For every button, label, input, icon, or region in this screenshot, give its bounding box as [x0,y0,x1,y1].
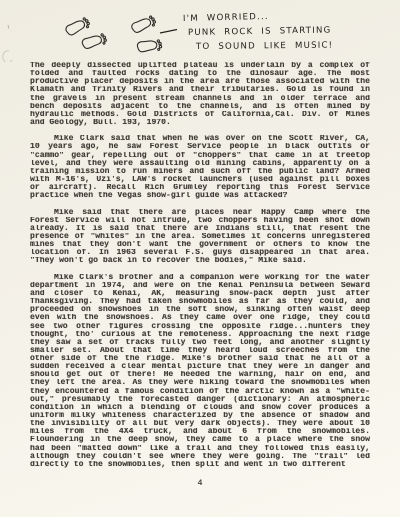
text-line: mines that they don't want the governmen… [30,241,370,249]
stray-mark [8,25,9,29]
text-line: uniform milky whiteness characterized by… [30,412,370,420]
stray-mark [3,51,12,62]
note-line: TO SOUND LIKE MUSIC! [196,41,333,52]
citation-pre: and Geology, Bull. [30,119,122,127]
text-line: location of. In 1963 several F.S. guys d… [30,249,370,257]
text-line: had been "matted down" like a trail and … [30,445,370,453]
citation-post: Cal. Div. of Mines [275,111,370,119]
citation-underline: 193, 1970 [122,119,166,127]
text-line: Mike said that there are places near Hap… [30,209,370,217]
paragraph-gold-deposits: The deeply dissected uplifted plateau is… [30,62,370,127]
text-line: thought, tho' curious at the remoteness.… [30,331,370,339]
text-line: or aircraft). Recall Rich Grumley report… [30,184,370,192]
text-line: miles from the 4X4 truck, and about 6 fr… [30,428,370,436]
text-line: "They won't go back in to recover the bo… [30,257,370,265]
text-line: with M-16's, Uzi's, LAW's rocket launche… [30,176,370,184]
paragraph-kenai-encounter: Mike Clark's brother and a companion wer… [30,274,370,469]
citation-underline: Gold Districts of California, [127,111,275,119]
text-line: see two other figures crossing the oppos… [30,323,370,331]
document-body: The deeply dissected uplifted plateau is… [30,62,370,477]
text-line: should get out of there! He heeded the w… [30,371,370,379]
paragraph-scott-river: Mike Clark said that when he was over on… [30,135,370,200]
text-line: other side of the the ridge. Mike's brot… [30,355,370,363]
text-line: 10 years ago, he saw Forest Service peop… [30,143,370,151]
text-line: although they couldn't see where they we… [30,453,370,461]
note-line: I'M WORRIED... [183,12,269,24]
text-line: presence of "whites" in the area. Someti… [30,233,370,241]
text-line: and closer to Kenai, AK, measuring snow-… [30,290,370,298]
text-line: Klamath and Trinity Rivers and their tri… [30,86,370,94]
page-number: 4 [0,479,400,488]
text-line: department in 1974, and were on the Kena… [30,282,370,290]
scanned-page: I'M WORRIED... PUNK ROCK IS STARTING TO … [0,0,400,517]
text-line: even with the snowshoes. As they came ov… [30,314,370,322]
text-line: bench deposits adjacent to the channels,… [30,103,370,111]
text-line: "cammo" gear, repelling out of "choppers… [30,152,370,160]
text-line: and Geology, Bull. 193, 1970. [30,119,370,127]
text-line: proceeded on snowshoes in the soft snow,… [30,306,370,314]
text-line: they saw a set of tracks fully two feet … [30,339,370,347]
text-line: practice when the Vegas show-girl guide … [30,192,370,200]
text-line: the invisibility of all but very dark ob… [30,420,370,428]
text-line: they left the area. As they were hiking … [30,379,370,387]
text-line: Floundering in the deep snow, they came … [30,436,370,444]
text-line: directly to the snowmobiles, then split … [30,461,370,469]
text-line: condition in which a blending of clouds … [30,404,370,412]
text-line: productive placer deposits in the area a… [30,78,370,86]
footprint-icon [130,15,156,34]
text-line: folded and faulted rocks dating to the d… [30,70,370,78]
text-line: level, and they were assaulting old mini… [30,160,370,168]
text-line: Thanksgiving. They had taken snowmobiles… [30,298,370,306]
citation-pre: hydraulic methods. [30,111,127,119]
text-line: already. It is said that there are India… [30,225,370,233]
text-line: they encountered a famous condition of t… [30,388,370,396]
text-line: Forest Service will not intrude, two cho… [30,217,370,225]
text-line: smaller set. About that time they heard … [30,347,370,355]
footprint-icon [81,33,107,49]
text-line: the gravels in present stream channels a… [30,95,370,103]
text-line: Mike Clark said that when he was over on… [30,135,370,143]
text-line: Mike Clark's brother and a companion wer… [30,274,370,282]
footprint-icon [137,40,162,52]
paragraph-happy-camp: Mike said that there are places near Hap… [30,209,370,266]
text-line: training mission to run miners and such … [30,168,370,176]
text-line: The deeply dissected uplifted plateau is… [30,62,370,70]
footprint-icon [64,17,90,37]
text-line: hydraulic methods. Gold Districts of Cal… [30,111,370,119]
dash-stroke [160,30,177,34]
text-line: sudden received a clear mental picture t… [30,363,370,371]
citation-post: . [166,119,171,127]
text-line: out," presumably the forecasted danger (… [30,396,370,404]
